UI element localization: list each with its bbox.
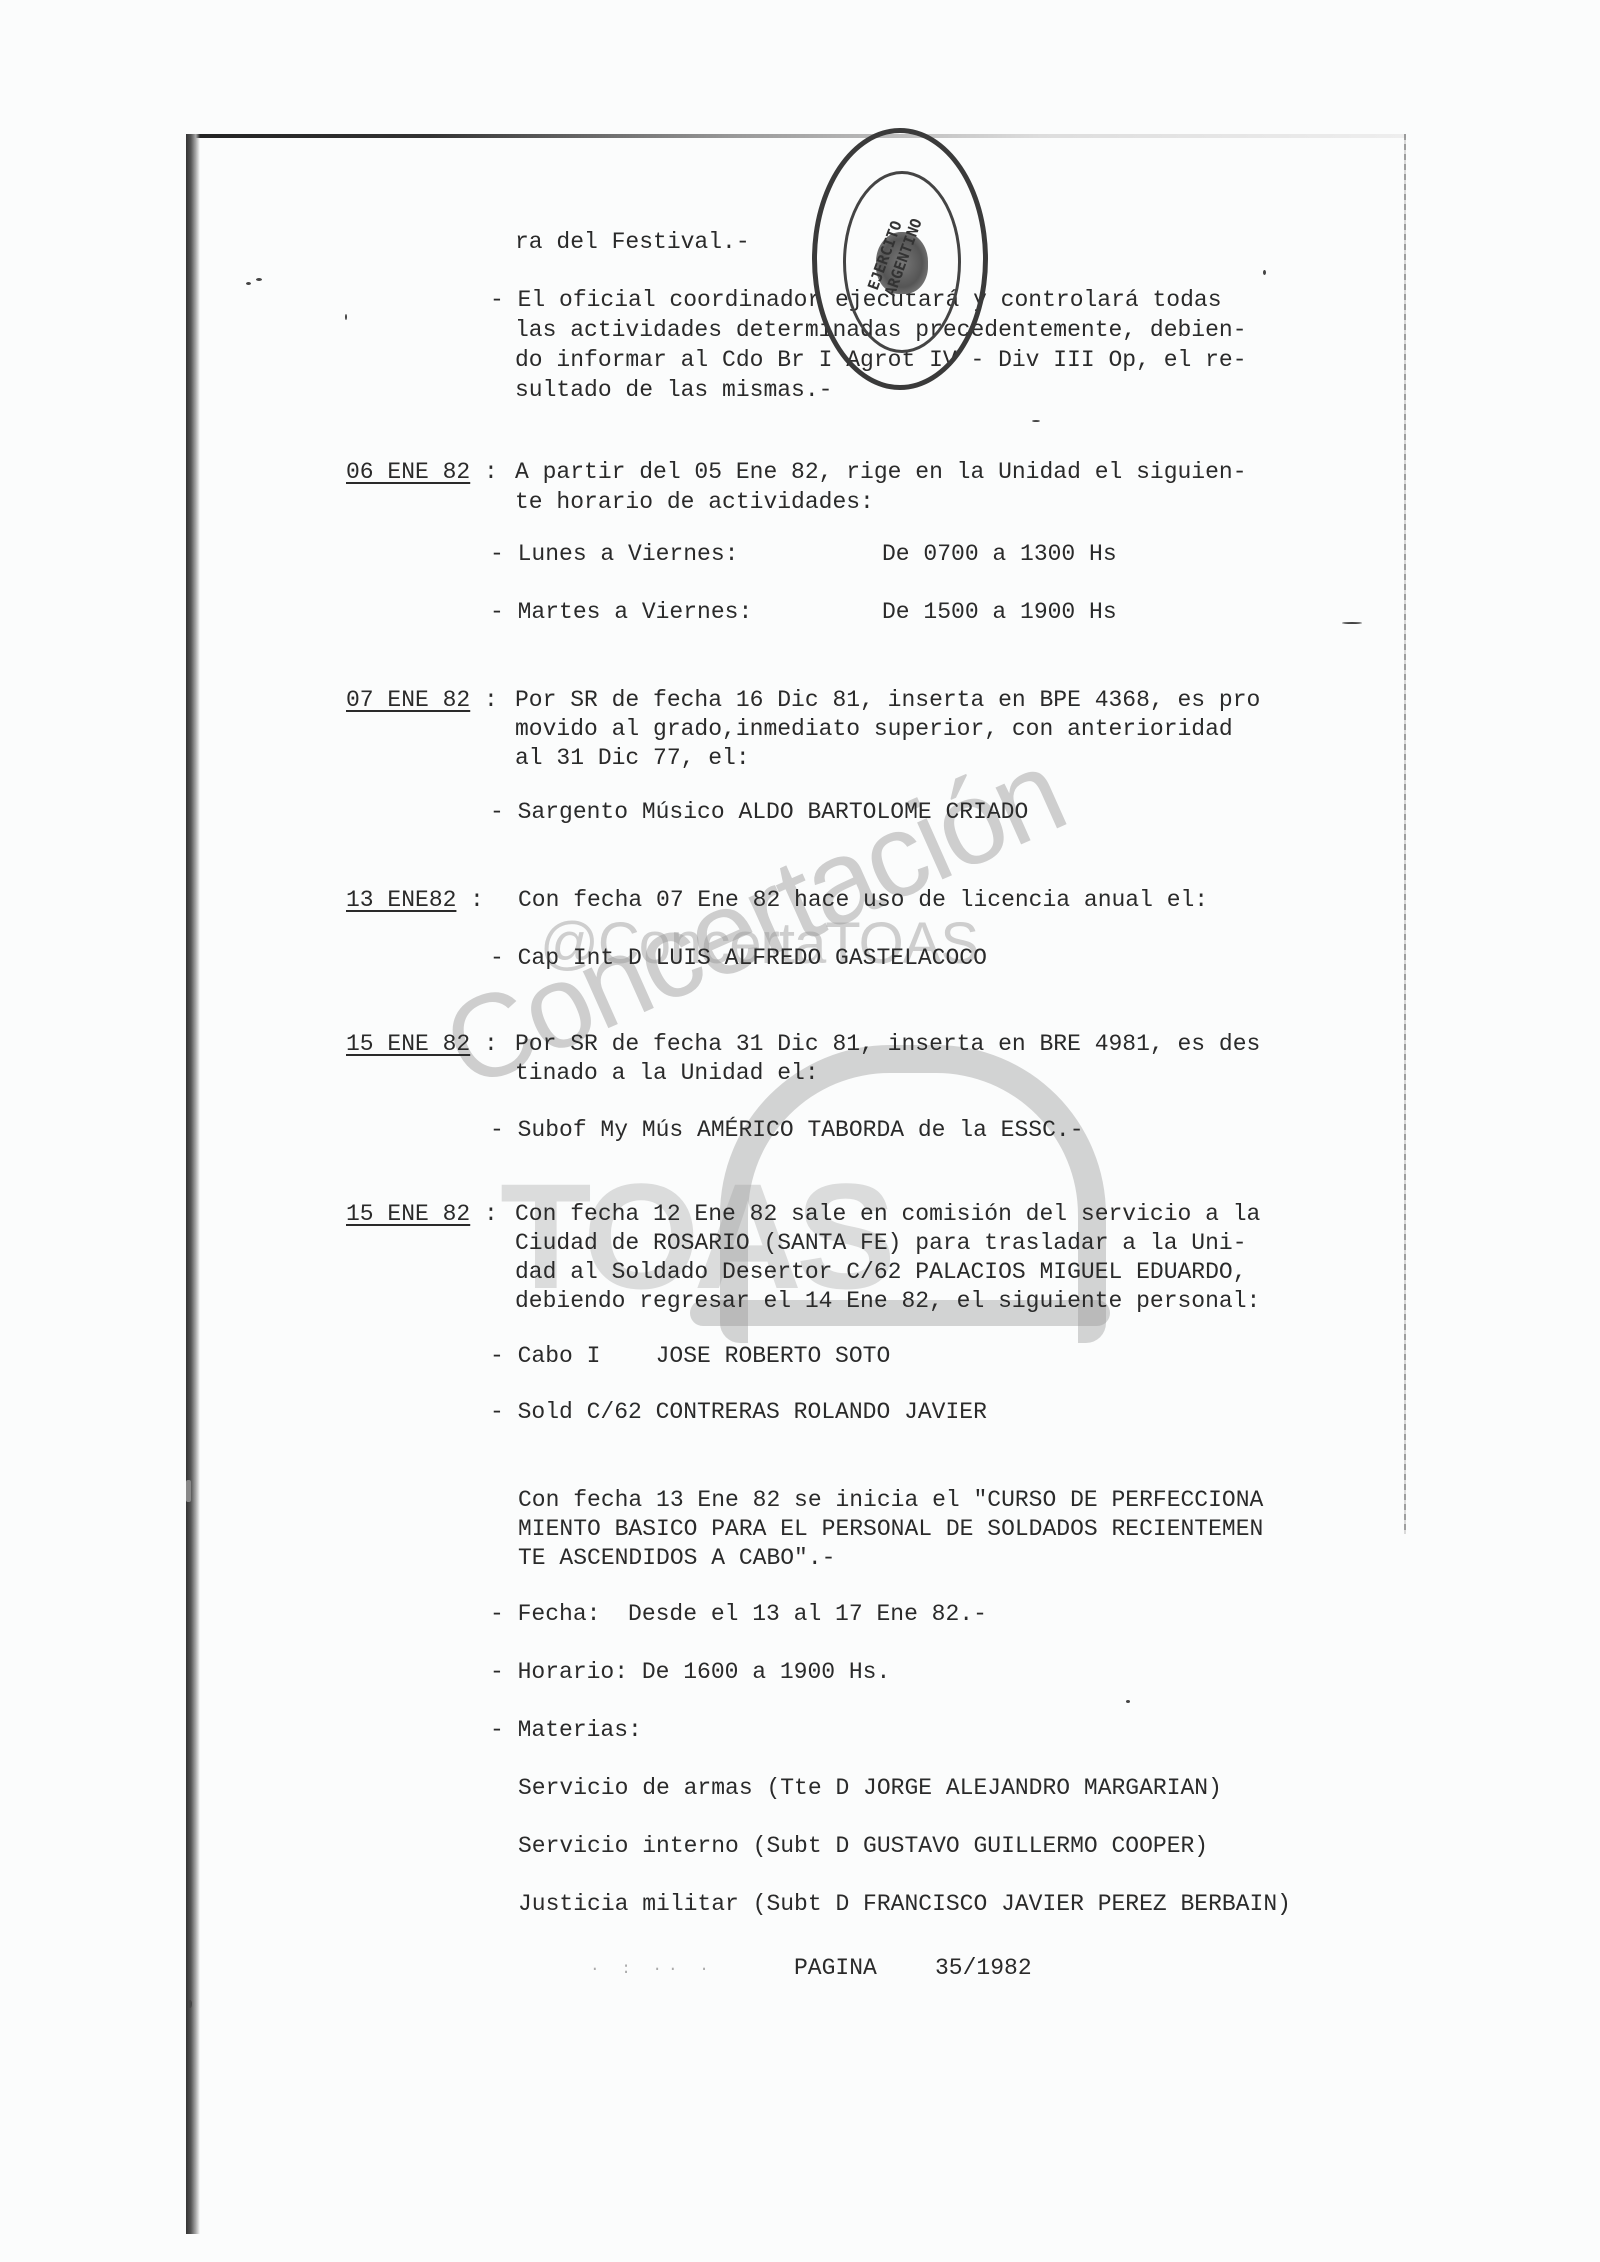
- entry-date: 15 ENE 82: [346, 1030, 470, 1059]
- course-materia: Justicia militar (Subt D FRANCISCO JAVIE…: [518, 1890, 1291, 1919]
- entry-item: - Cap Int D LUIS ALFREDO GASTELACOCO: [490, 944, 987, 973]
- entry-colon: :: [470, 886, 484, 915]
- document-body: ra del Festival.- - El oficial coordinad…: [0, 0, 1600, 1885]
- intro-line: sultado de las mismas.-: [515, 376, 832, 405]
- entry-colon: :: [484, 458, 498, 487]
- entry-date: 06 ENE 82: [346, 458, 470, 487]
- schedule-hours: De 1500 a 1900 Hs: [882, 598, 1117, 627]
- entry-colon: :: [484, 686, 498, 715]
- entry-line: Con fecha 12 Ene 82 sale en comisión del…: [515, 1200, 1260, 1229]
- scan-speck: [188, 2000, 192, 2008]
- entry-line: dad al Soldado Desertor C/62 PALACIOS MI…: [515, 1258, 1247, 1287]
- entry-colon: :: [484, 1200, 498, 1229]
- entry-date: 15 ENE 82: [346, 1200, 470, 1229]
- entry-line: A partir del 05 Ene 82, rige en la Unida…: [515, 458, 1247, 487]
- course-line: TE ASCENDIDOS A CABO".-: [518, 1544, 835, 1573]
- entry-date: 07 ENE 82: [346, 686, 470, 715]
- entry-line: te horario de actividades:: [515, 488, 874, 517]
- entry-line: Ciudad de ROSARIO (SANTA FE) para trasla…: [515, 1229, 1247, 1258]
- course-fecha: - Fecha: Desde el 13 al 17 Ene 82.-: [490, 1600, 987, 1629]
- page-number: 35/1982: [935, 1954, 1032, 1983]
- schedule-hours: De 0700 a 1300 Hs: [882, 540, 1117, 569]
- entry-item: - Cabo I JOSE ROBERTO SOTO: [490, 1342, 890, 1371]
- entry-item: - Sold C/62 CONTRERAS ROLANDO JAVIER: [490, 1398, 987, 1427]
- entry-line: movido al grado,inmediato superior, con …: [515, 715, 1233, 744]
- entry-item: - Subof My Mús AMÉRICO TABORDA de la ESS…: [490, 1116, 1084, 1145]
- scanned-page: EJERCITO ARGENTINO @ConcertaTOAS Concert…: [0, 0, 1600, 2262]
- course-materia: Servicio interno (Subt D GUSTAVO GUILLER…: [518, 1832, 1208, 1861]
- page-label: PAGINA: [794, 1954, 877, 1983]
- footer-smudge: · : ·· ·: [590, 1955, 715, 1984]
- entry-line: Por SR de fecha 31 Dic 81, inserta en BR…: [515, 1030, 1260, 1059]
- entry-line: tinado a la Unidad el:: [515, 1059, 819, 1088]
- schedule-label: - Lunes a Viernes:: [490, 540, 738, 569]
- entry-item: - Sargento Músico ALDO BARTOLOME CRIADO: [490, 798, 1028, 827]
- entry-colon: :: [484, 1030, 498, 1059]
- course-materias-label: - Materias:: [490, 1716, 642, 1745]
- entry-line: Con fecha 07 Ene 82 hace uso de licencia…: [518, 886, 1208, 915]
- course-materia: Servicio de armas (Tte D JORGE ALEJANDRO…: [518, 1774, 1222, 1803]
- entry-line: al 31 Dic 77, el:: [515, 744, 750, 773]
- schedule-label: - Martes a Viernes:: [490, 598, 752, 627]
- entry-line: debiendo regresar el 14 Ene 82, el sigui…: [515, 1287, 1260, 1316]
- course-horario: - Horario: De 1600 a 1900 Hs.: [490, 1658, 890, 1687]
- official-stamp: EJERCITO ARGENTINO: [812, 128, 988, 390]
- entry-line: Por SR de fecha 16 Dic 81, inserta en BP…: [515, 686, 1260, 715]
- course-line: Con fecha 13 Ene 82 se inicia el "CURSO …: [518, 1486, 1263, 1515]
- entry-date: 13 ENE82: [346, 886, 456, 915]
- intro-continuation: ra del Festival.-: [515, 228, 750, 257]
- course-line: MIENTO BASICO PARA EL PERSONAL DE SOLDAD…: [518, 1515, 1263, 1544]
